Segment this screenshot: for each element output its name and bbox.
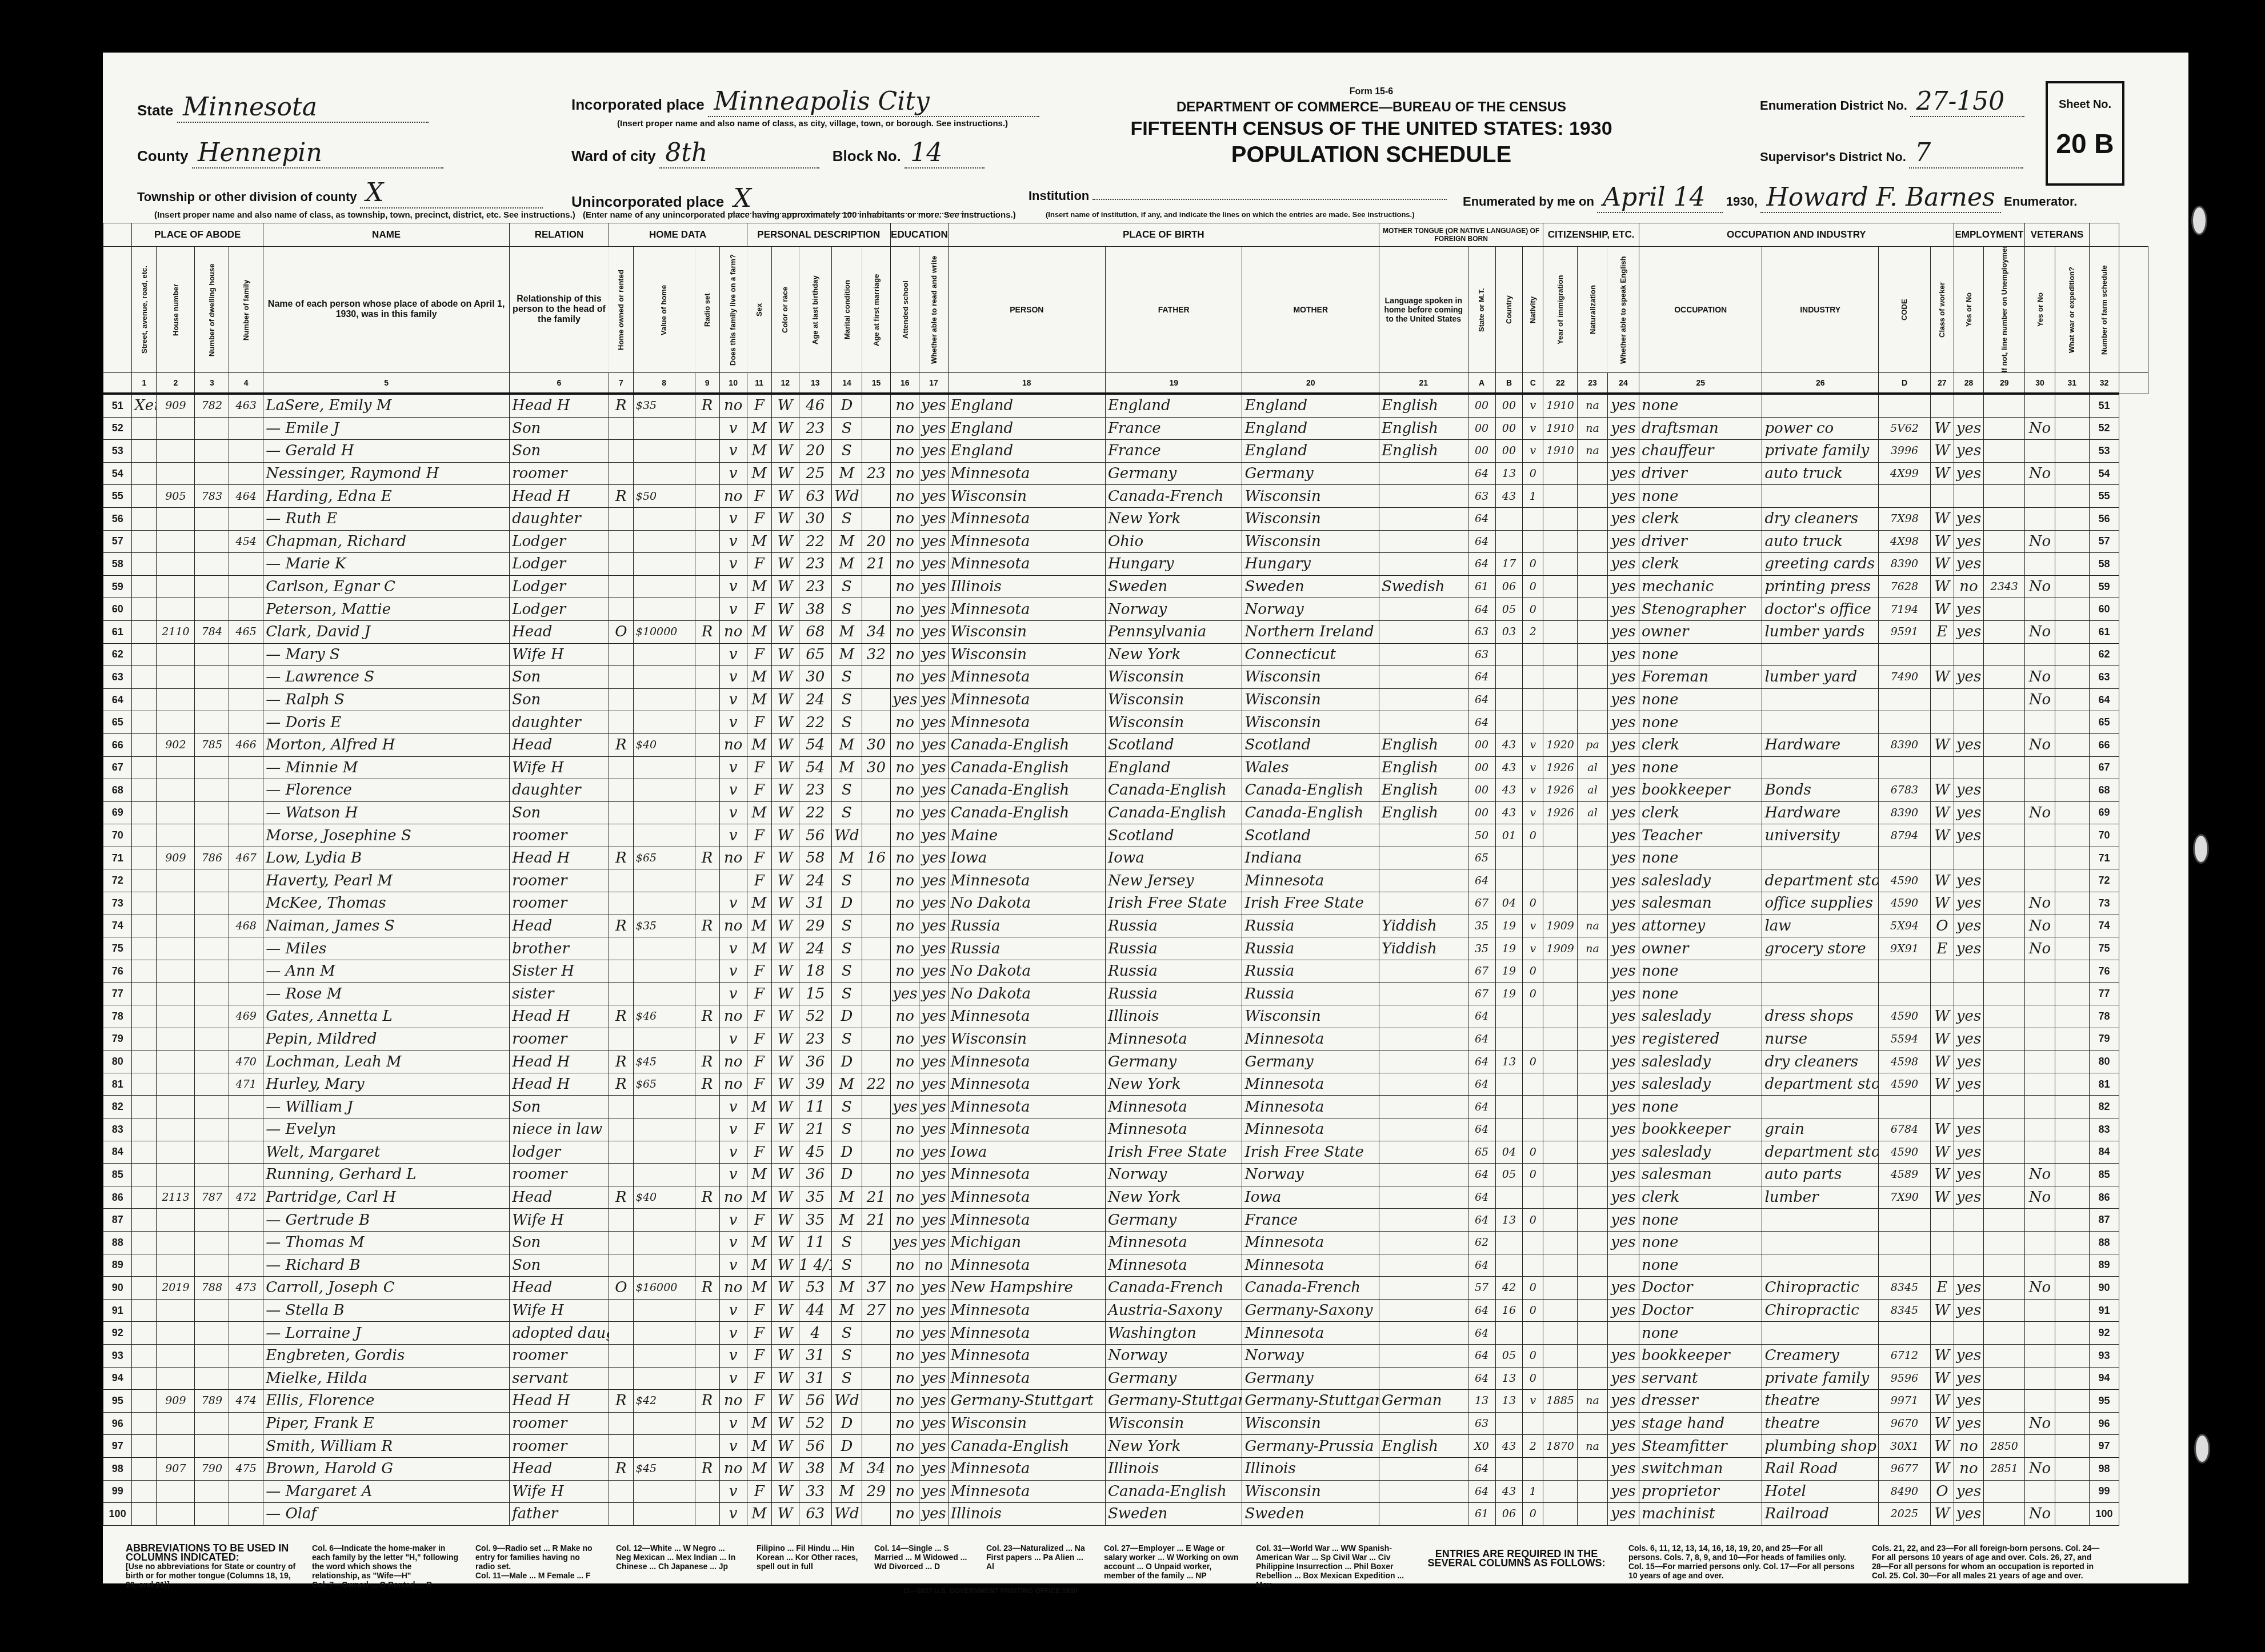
veteran-cell <box>2025 1118 2055 1141</box>
literacy-cell: yes <box>919 1412 948 1435</box>
race-cell: W <box>771 801 799 824</box>
family-number-cell <box>229 1344 263 1367</box>
marital-cell: S <box>832 666 862 689</box>
unemployment-line-cell <box>1984 1028 2025 1050</box>
street-cell <box>132 847 157 869</box>
literacy-cell: yes <box>919 666 948 689</box>
industry-cell: private family <box>1762 440 1879 463</box>
speaks-english-cell: yes <box>1607 598 1639 621</box>
unemployment-line-cell: 2850 <box>1984 1435 2025 1458</box>
home-tenure-cell <box>609 1231 633 1254</box>
industry-cell <box>1762 756 1879 779</box>
column-number: 4 <box>229 373 263 394</box>
industry-cell: private family <box>1762 1367 1879 1390</box>
industry-cell: doctor's office <box>1762 598 1879 621</box>
war-cell <box>2055 1096 2089 1118</box>
literacy-cell: yes <box>919 485 948 508</box>
birthplace-cell: Minnesota <box>948 1050 1105 1073</box>
unemployment-line-cell <box>1984 960 2025 983</box>
dwelling-number-cell: 787 <box>195 1186 229 1209</box>
school-cell: no <box>891 892 919 915</box>
occupation-cell: proprietor <box>1639 1480 1762 1503</box>
naturalization-cell <box>1578 1028 1608 1050</box>
dwelling-number-cell <box>195 1412 229 1435</box>
home-tenure-cell: R <box>609 1073 633 1096</box>
speaks-english-cell: yes <box>1607 1457 1639 1480</box>
veteran-cell <box>2025 440 2055 463</box>
immigration-year-cell <box>1543 1344 1578 1367</box>
industry-cell: printing press <box>1762 575 1879 598</box>
occupation-cell: saleslady <box>1639 1005 1762 1028</box>
unemployment-line-cell <box>1984 1277 2025 1300</box>
code-c-cell: 1 <box>1523 485 1543 508</box>
home-tenure-cell <box>609 462 633 485</box>
code-a-cell: 00 <box>1468 733 1495 756</box>
war-cell <box>2055 620 2089 643</box>
marital-cell: Wd <box>832 1390 862 1413</box>
radio-cell <box>695 1231 719 1254</box>
line-number: 77 <box>103 983 132 1005</box>
code-c-cell <box>1523 688 1543 711</box>
industry-code-cell <box>1878 688 1930 711</box>
sex-cell: M <box>747 417 771 440</box>
marital-cell: S <box>832 1344 862 1367</box>
farm-cell: no <box>719 733 747 756</box>
worker-class-cell: W <box>1930 779 1954 802</box>
speaks-english-cell: yes <box>1607 1073 1639 1096</box>
race-cell: W <box>771 1390 799 1413</box>
column-number: A <box>1468 373 1495 394</box>
code-c-cell: v <box>1523 733 1543 756</box>
war-cell <box>2055 1277 2089 1300</box>
speaks-english-cell: yes <box>1607 462 1639 485</box>
veteran-cell <box>2025 643 2055 666</box>
code-b-cell: 43 <box>1495 1480 1523 1503</box>
home-tenure-cell <box>609 575 633 598</box>
line-number: 83 <box>2089 1118 2119 1141</box>
employed-cell: yes <box>1954 1073 1984 1096</box>
line-number: 80 <box>103 1050 132 1073</box>
sex-cell: F <box>747 553 771 576</box>
veteran-cell <box>2025 1073 2055 1096</box>
line-number: 79 <box>103 1028 132 1050</box>
radio-cell <box>695 598 719 621</box>
sex-cell: F <box>747 1299 771 1322</box>
column-number: 7 <box>609 373 633 394</box>
family-number-cell <box>229 1412 263 1435</box>
table-row: 92— Lorraine Jadopted daughtervFW4Snoyes… <box>103 1322 2148 1345</box>
home-tenure-cell <box>609 688 633 711</box>
worker-class-cell <box>1930 756 1954 779</box>
occupation-cell: Doctor <box>1639 1277 1762 1300</box>
person-name-cell: — Gertrude B <box>263 1209 510 1232</box>
code-a-cell: 64 <box>1468 1209 1495 1232</box>
industry-cell: law <box>1762 915 1879 937</box>
code-a-cell: 64 <box>1468 1344 1495 1367</box>
immigration-year-cell <box>1543 598 1578 621</box>
department: DEPARTMENT OF COMMERCE—BUREAU OF THE CEN… <box>1086 99 1657 115</box>
family-number-cell <box>229 1503 263 1526</box>
farm-cell: v <box>719 711 747 734</box>
relation-cell: Head <box>510 1457 609 1480</box>
speaks-english-cell: yes <box>1607 847 1639 869</box>
mother-birthplace-cell: Iowa <box>1242 1186 1379 1209</box>
house-number-cell: 2110 <box>157 620 195 643</box>
literacy-cell: yes <box>919 801 948 824</box>
line-number: 61 <box>103 620 132 643</box>
radio-cell <box>695 440 719 463</box>
speaks-english-cell: yes <box>1607 869 1639 892</box>
person-name-cell: — Emile J <box>263 417 510 440</box>
home-value-cell <box>633 1164 695 1186</box>
code-b-cell <box>1495 1412 1523 1435</box>
veteran-cell <box>2025 1028 2055 1050</box>
code-a-cell: 64 <box>1468 507 1495 530</box>
veteran-cell <box>2025 1050 2055 1073</box>
birthplace-cell: Canada-English <box>948 756 1105 779</box>
table-row: 72Haverty, Pearl MroomerFW24SnoyesMinnes… <box>103 869 2148 892</box>
mother-birthplace-cell: Wisconsin <box>1242 507 1379 530</box>
father-birthplace-cell: Illinois <box>1106 1005 1242 1028</box>
marital-cell: Wd <box>832 1503 862 1526</box>
sex-cell: M <box>747 462 771 485</box>
home-value-cell <box>633 983 695 1005</box>
mother-tongue-cell <box>1379 1164 1468 1186</box>
father-birthplace-cell: Irish Free State <box>1106 1141 1242 1164</box>
industry-cell: plumbing shop <box>1762 1435 1879 1458</box>
worker-class-cell: W <box>1930 1503 1954 1526</box>
mother-birthplace-cell: Wales <box>1242 756 1379 779</box>
age-cell: 18 <box>799 960 831 983</box>
person-name-cell: Carroll, Joseph C <box>263 1277 510 1300</box>
age-cell: 35 <box>799 1209 831 1232</box>
employed-cell <box>1954 983 1984 1005</box>
occupation-cell: none <box>1639 1231 1762 1254</box>
school-cell: no <box>891 1367 919 1390</box>
age-cell: 15 <box>799 983 831 1005</box>
naturalization-cell: al <box>1578 801 1608 824</box>
race-cell: W <box>771 1096 799 1118</box>
age-first-marriage-cell <box>862 937 890 960</box>
farm-cell: v <box>719 688 747 711</box>
father-birthplace-cell: Germany-Stuttgart <box>1106 1390 1242 1413</box>
unemployment-line-cell <box>1984 440 2025 463</box>
dwelling-number-cell <box>195 1164 229 1186</box>
farm-cell: no <box>719 1186 747 1209</box>
mother-birthplace-cell: Germany <box>1242 462 1379 485</box>
person-name-cell: Partridge, Carl H <box>263 1186 510 1209</box>
industry-code-cell: 7X98 <box>1878 507 1930 530</box>
race-cell: W <box>771 530 799 553</box>
group-personal-description: PERSONAL DESCRIPTION <box>747 223 890 247</box>
radio-cell <box>695 711 719 734</box>
column-number: 21 <box>1379 373 1468 394</box>
home-tenure-cell: R <box>609 733 633 756</box>
war-cell <box>2055 598 2089 621</box>
race-cell: W <box>771 1503 799 1526</box>
marital-cell: D <box>832 1435 862 1458</box>
mother-tongue-cell <box>1379 824 1468 847</box>
person-name-cell: Low, Lydia B <box>263 847 510 869</box>
industry-code-cell <box>1878 643 1930 666</box>
radio-cell <box>695 983 719 1005</box>
dwelling-number-cell: 785 <box>195 733 229 756</box>
literacy-cell: yes <box>919 1322 948 1345</box>
age-first-marriage-cell <box>862 1390 890 1413</box>
age-cell: 1 4/12 <box>799 1254 831 1277</box>
radio-cell: R <box>695 394 719 417</box>
street-cell <box>132 530 157 553</box>
veteran-cell <box>2025 485 2055 508</box>
birthplace-cell: Wisconsin <box>948 1028 1105 1050</box>
code-c-cell: v <box>1523 779 1543 802</box>
speaks-english-cell: yes <box>1607 1186 1639 1209</box>
relation-cell: roomer <box>510 869 609 892</box>
township-value: X <box>360 178 543 208</box>
worker-class-cell <box>1930 960 1954 983</box>
line-number: 69 <box>2089 801 2119 824</box>
occupation-cell: Teacher <box>1639 824 1762 847</box>
farm-cell: v <box>719 643 747 666</box>
employed-cell: yes <box>1954 666 1984 689</box>
birthplace-cell: New Hampshire <box>948 1277 1105 1300</box>
family-number-cell <box>229 643 263 666</box>
home-tenure-cell: R <box>609 485 633 508</box>
street-cell <box>132 417 157 440</box>
home-value-cell <box>633 824 695 847</box>
mother-tongue-cell: English <box>1379 440 1468 463</box>
radio-cell <box>695 824 719 847</box>
table-row: 862113787472Partridge, Carl HHeadR$40Rno… <box>103 1186 2148 1209</box>
code-b-cell: 43 <box>1495 733 1523 756</box>
relation-cell: roomer <box>510 1435 609 1458</box>
veteran-cell: No <box>2025 1277 2055 1300</box>
dwelling-number-cell <box>195 598 229 621</box>
street-cell <box>132 1412 157 1435</box>
person-name-cell: — Margaret A <box>263 1480 510 1503</box>
table-row: 70Morse, Josephine SroomervFW56WdnoyesMa… <box>103 824 2148 847</box>
mother-tongue-cell <box>1379 960 1468 983</box>
industry-cell <box>1762 983 1879 1005</box>
speaks-english-cell: yes <box>1607 1118 1639 1141</box>
mother-birthplace-cell: Russia <box>1242 960 1379 983</box>
street-cell <box>132 756 157 779</box>
unemployment-line-cell <box>1984 620 2025 643</box>
naturalization-cell <box>1578 598 1608 621</box>
employed-cell: yes <box>1954 462 1984 485</box>
family-number-cell <box>229 983 263 1005</box>
war-cell <box>2055 1344 2089 1367</box>
code-c-cell <box>1523 1412 1543 1435</box>
code-c-cell <box>1523 1186 1543 1209</box>
industry-cell: dress shops <box>1762 1005 1879 1028</box>
street-cell <box>132 462 157 485</box>
code-b-cell <box>1495 1231 1523 1254</box>
mother-birthplace-cell: Hungary <box>1242 553 1379 576</box>
line-number: 62 <box>103 643 132 666</box>
race-cell: W <box>771 824 799 847</box>
line-number: 72 <box>2089 869 2119 892</box>
worker-class-cell: W <box>1930 1435 1954 1458</box>
radio-cell <box>695 1367 719 1390</box>
house-number-cell <box>157 530 195 553</box>
street-cell <box>132 485 157 508</box>
farm-cell: v <box>719 1096 747 1118</box>
industry-code-cell: 8345 <box>1878 1277 1930 1300</box>
mother-birthplace-cell: Minnesota <box>1242 1231 1379 1254</box>
age-first-marriage-cell <box>862 1322 890 1345</box>
veteran-cell <box>2025 779 2055 802</box>
column-number: 25 <box>1639 373 1762 394</box>
mother-tongue-cell <box>1379 688 1468 711</box>
line-number: 71 <box>2089 847 2119 869</box>
code-c-cell <box>1523 847 1543 869</box>
immigration-year-cell: 1910 <box>1543 417 1578 440</box>
race-cell: W <box>771 847 799 869</box>
war-cell <box>2055 869 2089 892</box>
immigration-year-cell: 1910 <box>1543 394 1578 417</box>
home-value-cell <box>633 801 695 824</box>
person-name-cell: LaSere, Emily M <box>263 394 510 417</box>
mother-tongue-cell <box>1379 666 1468 689</box>
race-cell: W <box>771 688 799 711</box>
sex-cell: F <box>747 824 771 847</box>
code-c-cell: 0 <box>1523 983 1543 1005</box>
column-number: 31 <box>2055 373 2089 394</box>
industry-code-cell: 7490 <box>1878 666 1930 689</box>
war-cell <box>2055 440 2089 463</box>
mother-birthplace-cell: Wisconsin <box>1242 711 1379 734</box>
literacy-cell: yes <box>919 1390 948 1413</box>
sex-cell: F <box>747 485 771 508</box>
line-number: 54 <box>103 462 132 485</box>
supervisor-district-field: Supervisor's District No. 7 <box>1760 138 2023 169</box>
war-cell <box>2055 507 2089 530</box>
father-birthplace-cell: Canada-English <box>1106 801 1242 824</box>
race-cell: W <box>771 507 799 530</box>
speaks-english-cell: yes <box>1607 394 1639 417</box>
occupation-cell: mechanic <box>1639 575 1762 598</box>
farm-cell: v <box>719 1028 747 1050</box>
code-b-cell <box>1495 711 1523 734</box>
street-cell <box>132 869 157 892</box>
sheet-number: 20 B <box>2048 129 2122 160</box>
age-cell: 31 <box>799 1367 831 1390</box>
farm-cell: v <box>719 1435 747 1458</box>
family-number-cell <box>229 756 263 779</box>
naturalization-cell <box>1578 1073 1608 1096</box>
speaks-english-cell: yes <box>1607 1164 1639 1186</box>
dwelling-number-cell <box>195 1254 229 1277</box>
naturalization-cell <box>1578 1096 1608 1118</box>
line-number: 56 <box>103 507 132 530</box>
street-cell <box>132 1186 157 1209</box>
house-number-cell <box>157 1231 195 1254</box>
house-number-cell <box>157 1164 195 1186</box>
immigration-year-cell <box>1543 1164 1578 1186</box>
immigration-year-cell <box>1543 1322 1578 1345</box>
code-c-cell: 1 <box>1523 1480 1543 1503</box>
farm-cell: v <box>719 462 747 485</box>
relation-cell: servant <box>510 1367 609 1390</box>
family-number-cell <box>229 779 263 802</box>
line-number: 57 <box>103 530 132 553</box>
home-tenure-cell <box>609 937 633 960</box>
relation-cell: Head <box>510 733 609 756</box>
worker-class-cell: W <box>1930 1073 1954 1096</box>
literacy-cell: yes <box>919 869 948 892</box>
age-first-marriage-cell <box>862 440 890 463</box>
column-number: 19 <box>1106 373 1242 394</box>
line-number: 76 <box>103 960 132 983</box>
speaks-english-cell: yes <box>1607 779 1639 802</box>
age-first-marriage-cell: 21 <box>862 1209 890 1232</box>
line-number: 58 <box>103 553 132 576</box>
family-number-cell: 471 <box>229 1073 263 1096</box>
speaks-english-cell: yes <box>1607 1390 1639 1413</box>
marital-cell: S <box>832 688 862 711</box>
family-number-cell: 472 <box>229 1186 263 1209</box>
industry-code-cell: 8794 <box>1878 824 1930 847</box>
age-first-marriage-cell: 29 <box>862 1480 890 1503</box>
home-value-cell <box>633 462 695 485</box>
mother-tongue-cell <box>1379 892 1468 915</box>
marital-cell: S <box>832 1096 862 1118</box>
home-value-cell: $45 <box>633 1050 695 1073</box>
industry-code-cell: 8390 <box>1878 553 1930 576</box>
farm-cell: no <box>719 847 747 869</box>
war-cell <box>2055 847 2089 869</box>
sex-cell: F <box>747 1141 771 1164</box>
occupation-cell: none <box>1639 643 1762 666</box>
binder-hole <box>2193 834 2209 864</box>
street-cell <box>132 598 157 621</box>
worker-class-cell: W <box>1930 801 1954 824</box>
industry-cell: auto truck <box>1762 462 1879 485</box>
farm-cell: v <box>719 530 747 553</box>
father-birthplace-cell: Russia <box>1106 960 1242 983</box>
table-row: 84Welt, MargaretlodgervFW45DnoyesIowaIri… <box>103 1141 2148 1164</box>
street-cell <box>132 1073 157 1096</box>
line-number: 100 <box>103 1503 132 1526</box>
radio-cell: R <box>695 1390 719 1413</box>
home-tenure-cell <box>609 598 633 621</box>
occupation-cell: switchman <box>1639 1457 1762 1480</box>
table-row: 63— Lawrence SSonvMW30SnoyesMinnesotaWis… <box>103 666 2148 689</box>
table-row: 94Mielke, HildaservantvFW31SnoyesMinneso… <box>103 1367 2148 1390</box>
speaks-english-cell: yes <box>1607 1141 1639 1164</box>
marital-cell: S <box>832 1254 862 1277</box>
sex-cell: F <box>747 1050 771 1073</box>
literacy-cell: yes <box>919 711 948 734</box>
code-a-cell: 64 <box>1468 1050 1495 1073</box>
age-cell: 31 <box>799 1344 831 1367</box>
war-cell <box>2055 688 2089 711</box>
street-cell <box>132 440 157 463</box>
veteran-cell <box>2025 1322 2055 1345</box>
immigration-year-cell: 1870 <box>1543 1435 1578 1458</box>
speaks-english-cell: yes <box>1607 575 1639 598</box>
employed-cell <box>1954 1231 1984 1254</box>
naturalization-cell <box>1578 1457 1608 1480</box>
age-cell: 36 <box>799 1050 831 1073</box>
occupation-cell: salesman <box>1639 1164 1762 1186</box>
mother-birthplace-cell: Norway <box>1242 1164 1379 1186</box>
line-number: 69 <box>103 801 132 824</box>
literacy-cell: yes <box>919 417 948 440</box>
literacy-cell: yes <box>919 937 948 960</box>
person-name-cell: Lochman, Leah M <box>263 1050 510 1073</box>
